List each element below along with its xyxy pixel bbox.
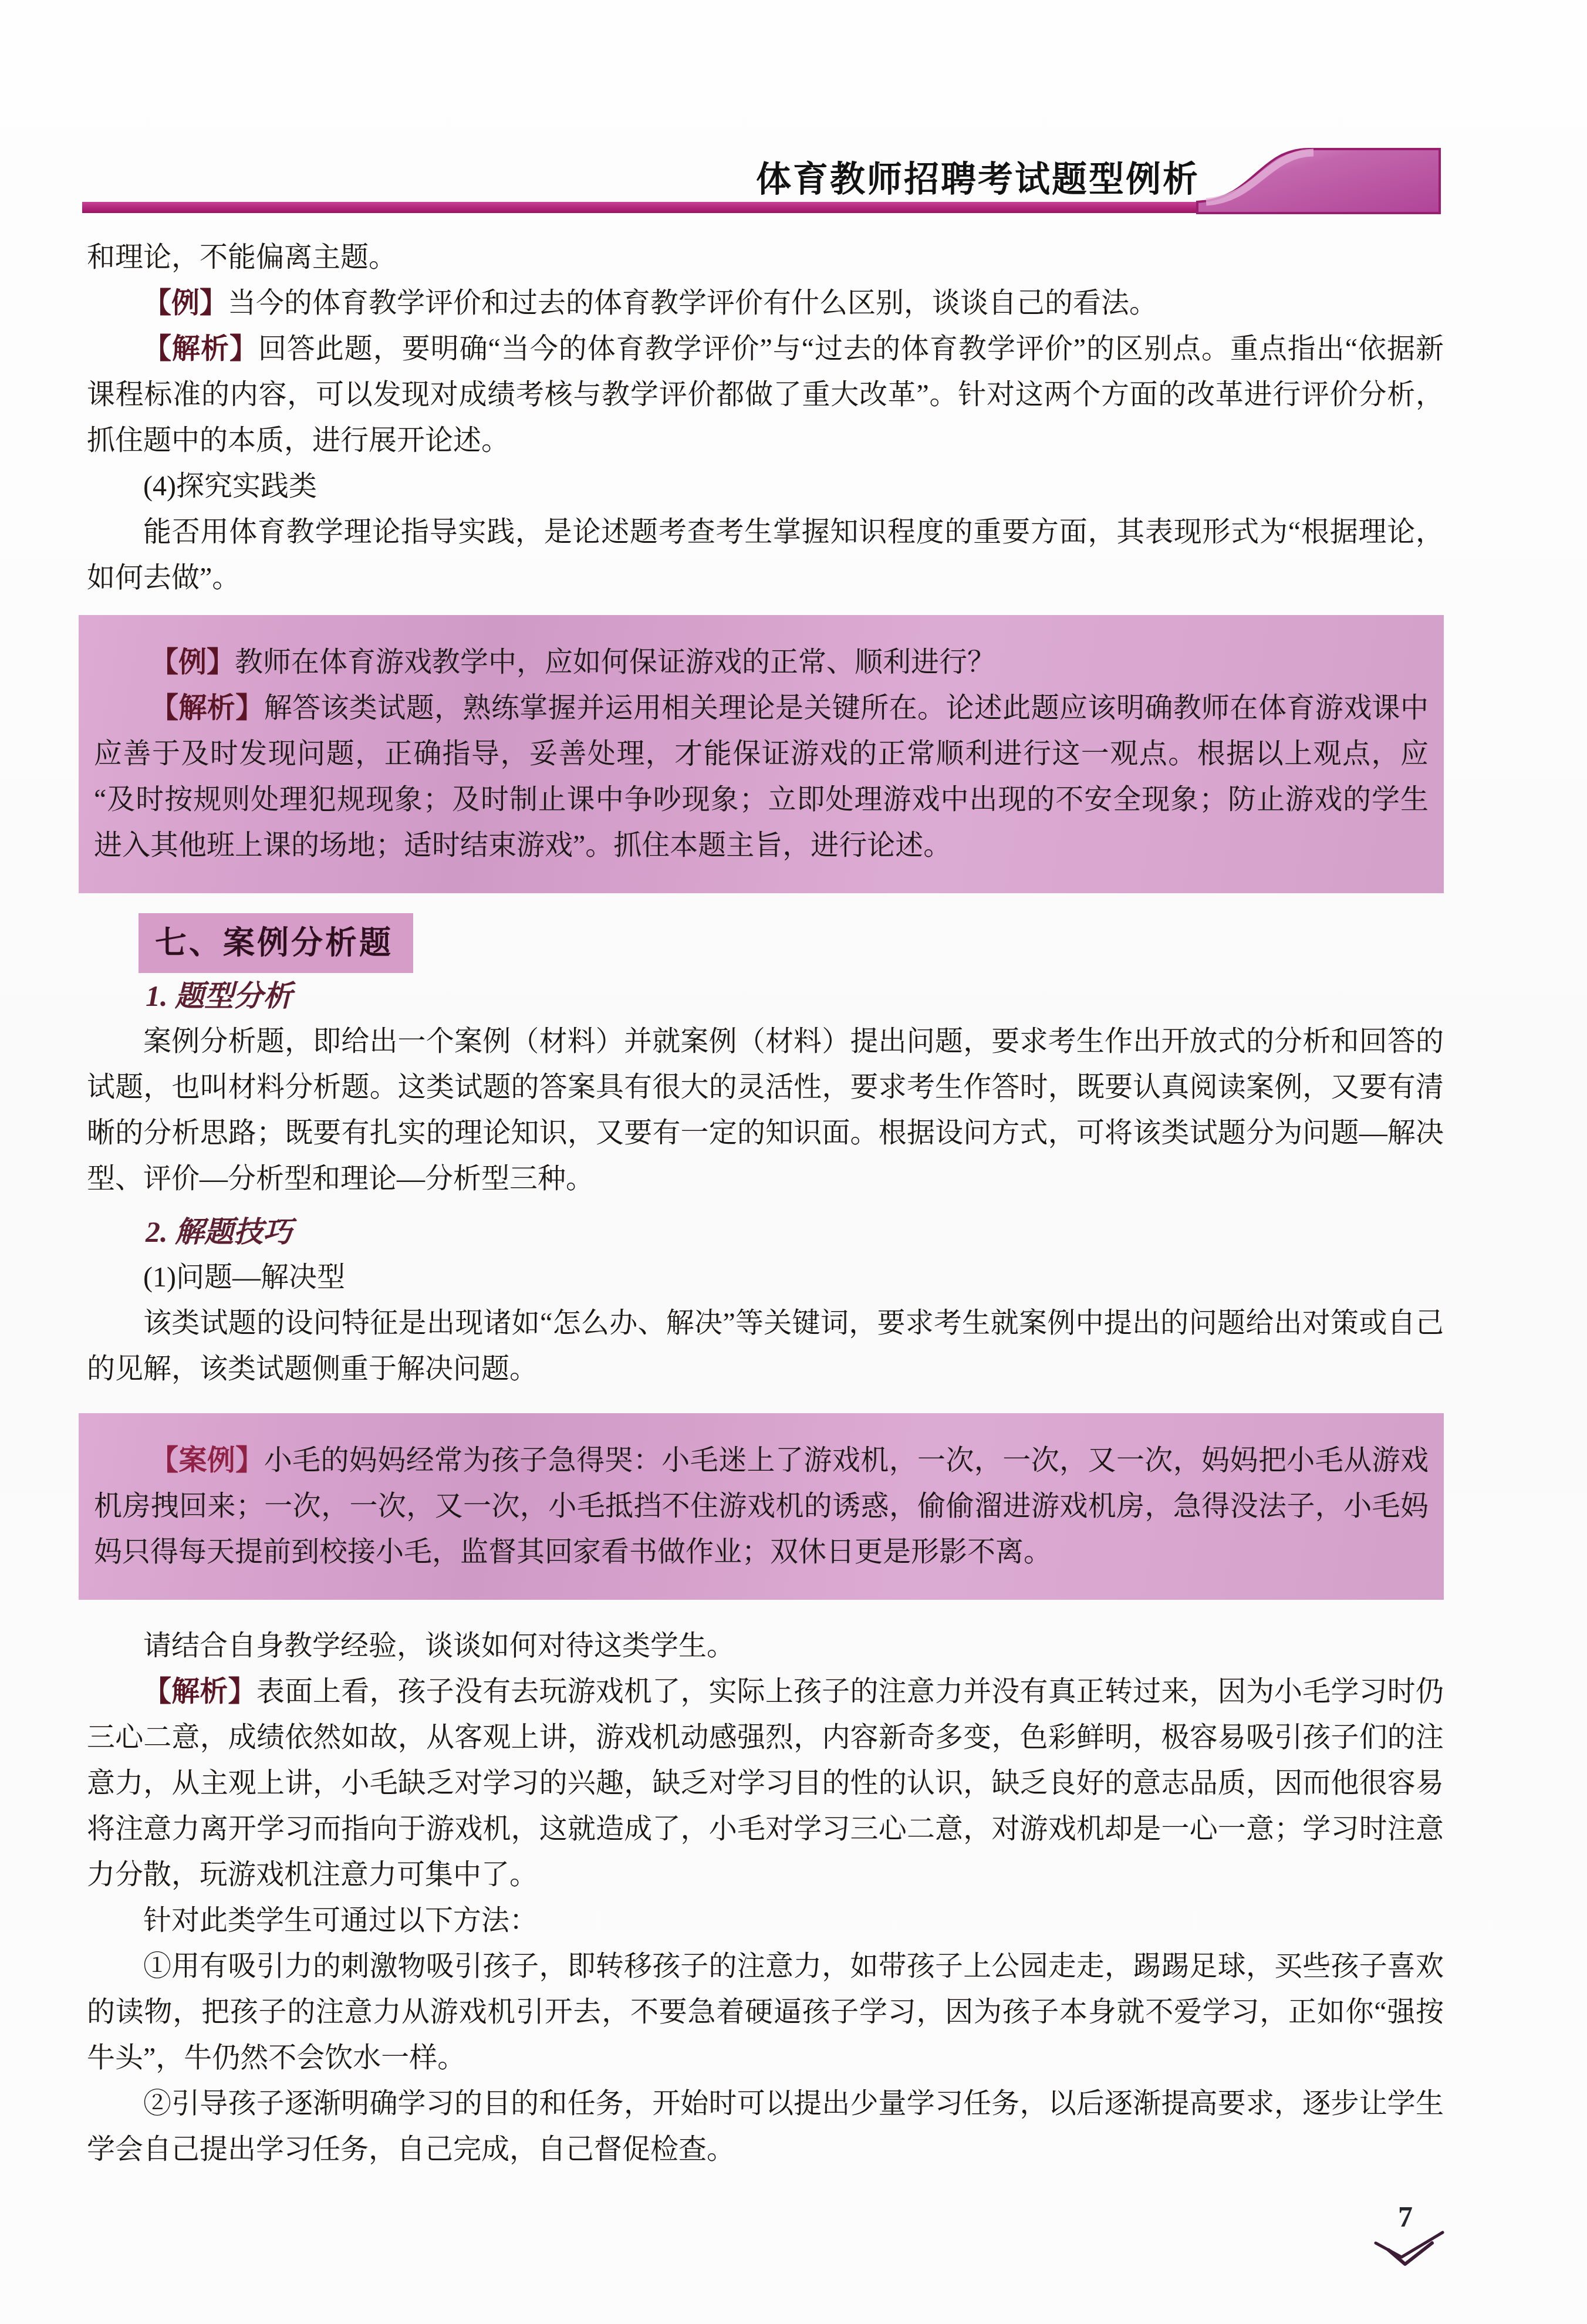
analysis-text: 回答此题，要明确“当今的体育教学评价”与“过去的体育教学评价”的区别点。重点指出… [87, 333, 1444, 456]
analysis-marker: 【解析】 [143, 333, 258, 364]
example-marker: 【例】 [143, 288, 228, 319]
example-paragraph: 【例】当今的体育教学评价和过去的体育教学评价有什么区别，谈谈自己的看法。 [87, 281, 1444, 326]
header-ribbon-banner-icon [82, 144, 1444, 223]
type1-heading: (1)问题—解决型 [87, 1255, 1444, 1301]
carryover-paragraph: 和理论，不能偏离主题。 [87, 235, 1444, 281]
analysis-paragraph: 【解析】回答此题，要明确“当今的体育教学评价”与“过去的体育教学评价”的区别点。… [87, 326, 1444, 464]
box1-analysis-marker: 【解析】 [150, 693, 264, 724]
case-question-paragraph: 请结合自身教学经验，谈谈如何对待这类学生。 [87, 1623, 1444, 1669]
box1-example-text: 教师在体育游戏教学中，应如何保证游戏的正常、顺利进行？ [235, 647, 995, 678]
box2-case-text: 小毛的妈妈经常为孩子急得哭：小毛迷上了游戏机，一次，一次，又一次，妈妈把小毛从游… [94, 1445, 1429, 1568]
subheading-question-type-analysis: 1. 题型分析 [87, 973, 1444, 1019]
section-heading-case-analysis: 七、案例分析题 [139, 913, 413, 973]
box1-example-marker: 【例】 [150, 647, 235, 678]
subtype4-heading: (4)探究实践类 [87, 464, 1444, 509]
type1-paragraph: 该类试题的设问特征是出现诸如“怎么办、解决”等关键词，要求考生就案例中提出的问题… [87, 1301, 1444, 1392]
subtype4-paragraph: 能否用体育教学理论指导实践，是论述题考查考生掌握知识程度的重要方面，其表现形式为… [87, 509, 1444, 601]
ribbon-swoosh-block [1197, 149, 1440, 213]
highlight-box-example: 【例】教师在体育游戏教学中，应如何保证游戏的正常、顺利进行？ 【解析】解答该类试… [79, 615, 1444, 893]
book-page: 体育教师招聘考试题型例析 和理论，不能偏离主题。 【例】当今的体育教学评价和过去… [0, 0, 1587, 2324]
page-content: 和理论，不能偏离主题。 【例】当今的体育教学评价和过去的体育教学评价有什么区别，… [87, 235, 1444, 2173]
box2-case-paragraph: 【案例】小毛的妈妈经常为孩子急得哭：小毛迷上了游戏机，一次，一次，又一次，妈妈把… [94, 1438, 1429, 1575]
box1-example-paragraph: 【例】教师在体育游戏教学中，应如何保证游戏的正常、顺利进行？ [94, 640, 1429, 685]
section-heading-row: 七、案例分析题 [139, 913, 1444, 973]
method-1-paragraph: ①用有吸引力的刺激物吸引孩子，即转移孩子的注意力，如带孩子上公园走走，踢踢足球，… [87, 1944, 1444, 2081]
double-checkmark-logo-icon [1371, 2228, 1448, 2268]
case-analysis-marker: 【解析】 [143, 1676, 256, 1707]
case-analysis-text: 表面上看，孩子没有去玩游戏机了，实际上孩子的注意力并没有真正转过来，因为小毛学习… [87, 1676, 1444, 1890]
case-analysis-paragraph: 【解析】表面上看，孩子没有去玩游戏机了，实际上孩子的注意力并没有真正转过来，因为… [87, 1669, 1444, 1898]
ribbon-thin-rule [82, 202, 1227, 213]
highlight-box-case: 【案例】小毛的妈妈经常为孩子急得哭：小毛迷上了游戏机，一次，一次，又一次，妈妈把… [79, 1413, 1444, 1600]
method-2-paragraph: ②引导孩子逐渐明确学习的目的和任务，开始时可以提出少量学习任务，以后逐渐提高要求… [87, 2081, 1444, 2173]
subheading-solving-skills: 2. 解题技巧 [87, 1209, 1444, 1255]
box1-analysis-text: 解答该类试题，熟练掌握并运用相关理论是关键所在。论述此题应该明确教师在体育游戏课… [94, 693, 1429, 861]
example-text: 当今的体育教学评价和过去的体育教学评价有什么区别，谈谈自己的看法。 [228, 288, 1157, 319]
box2-case-marker: 【案例】 [150, 1445, 264, 1476]
box1-analysis-paragraph: 【解析】解答该类试题，熟练掌握并运用相关理论是关键所在。论述此题应该明确教师在体… [94, 685, 1429, 869]
question-type-paragraph: 案例分析题，即给出一个案例（材料）并就案例（材料）提出问题，要求考生作出开放式的… [87, 1019, 1444, 1202]
methods-lead-in: 针对此类学生可通过以下方法： [87, 1898, 1444, 1944]
